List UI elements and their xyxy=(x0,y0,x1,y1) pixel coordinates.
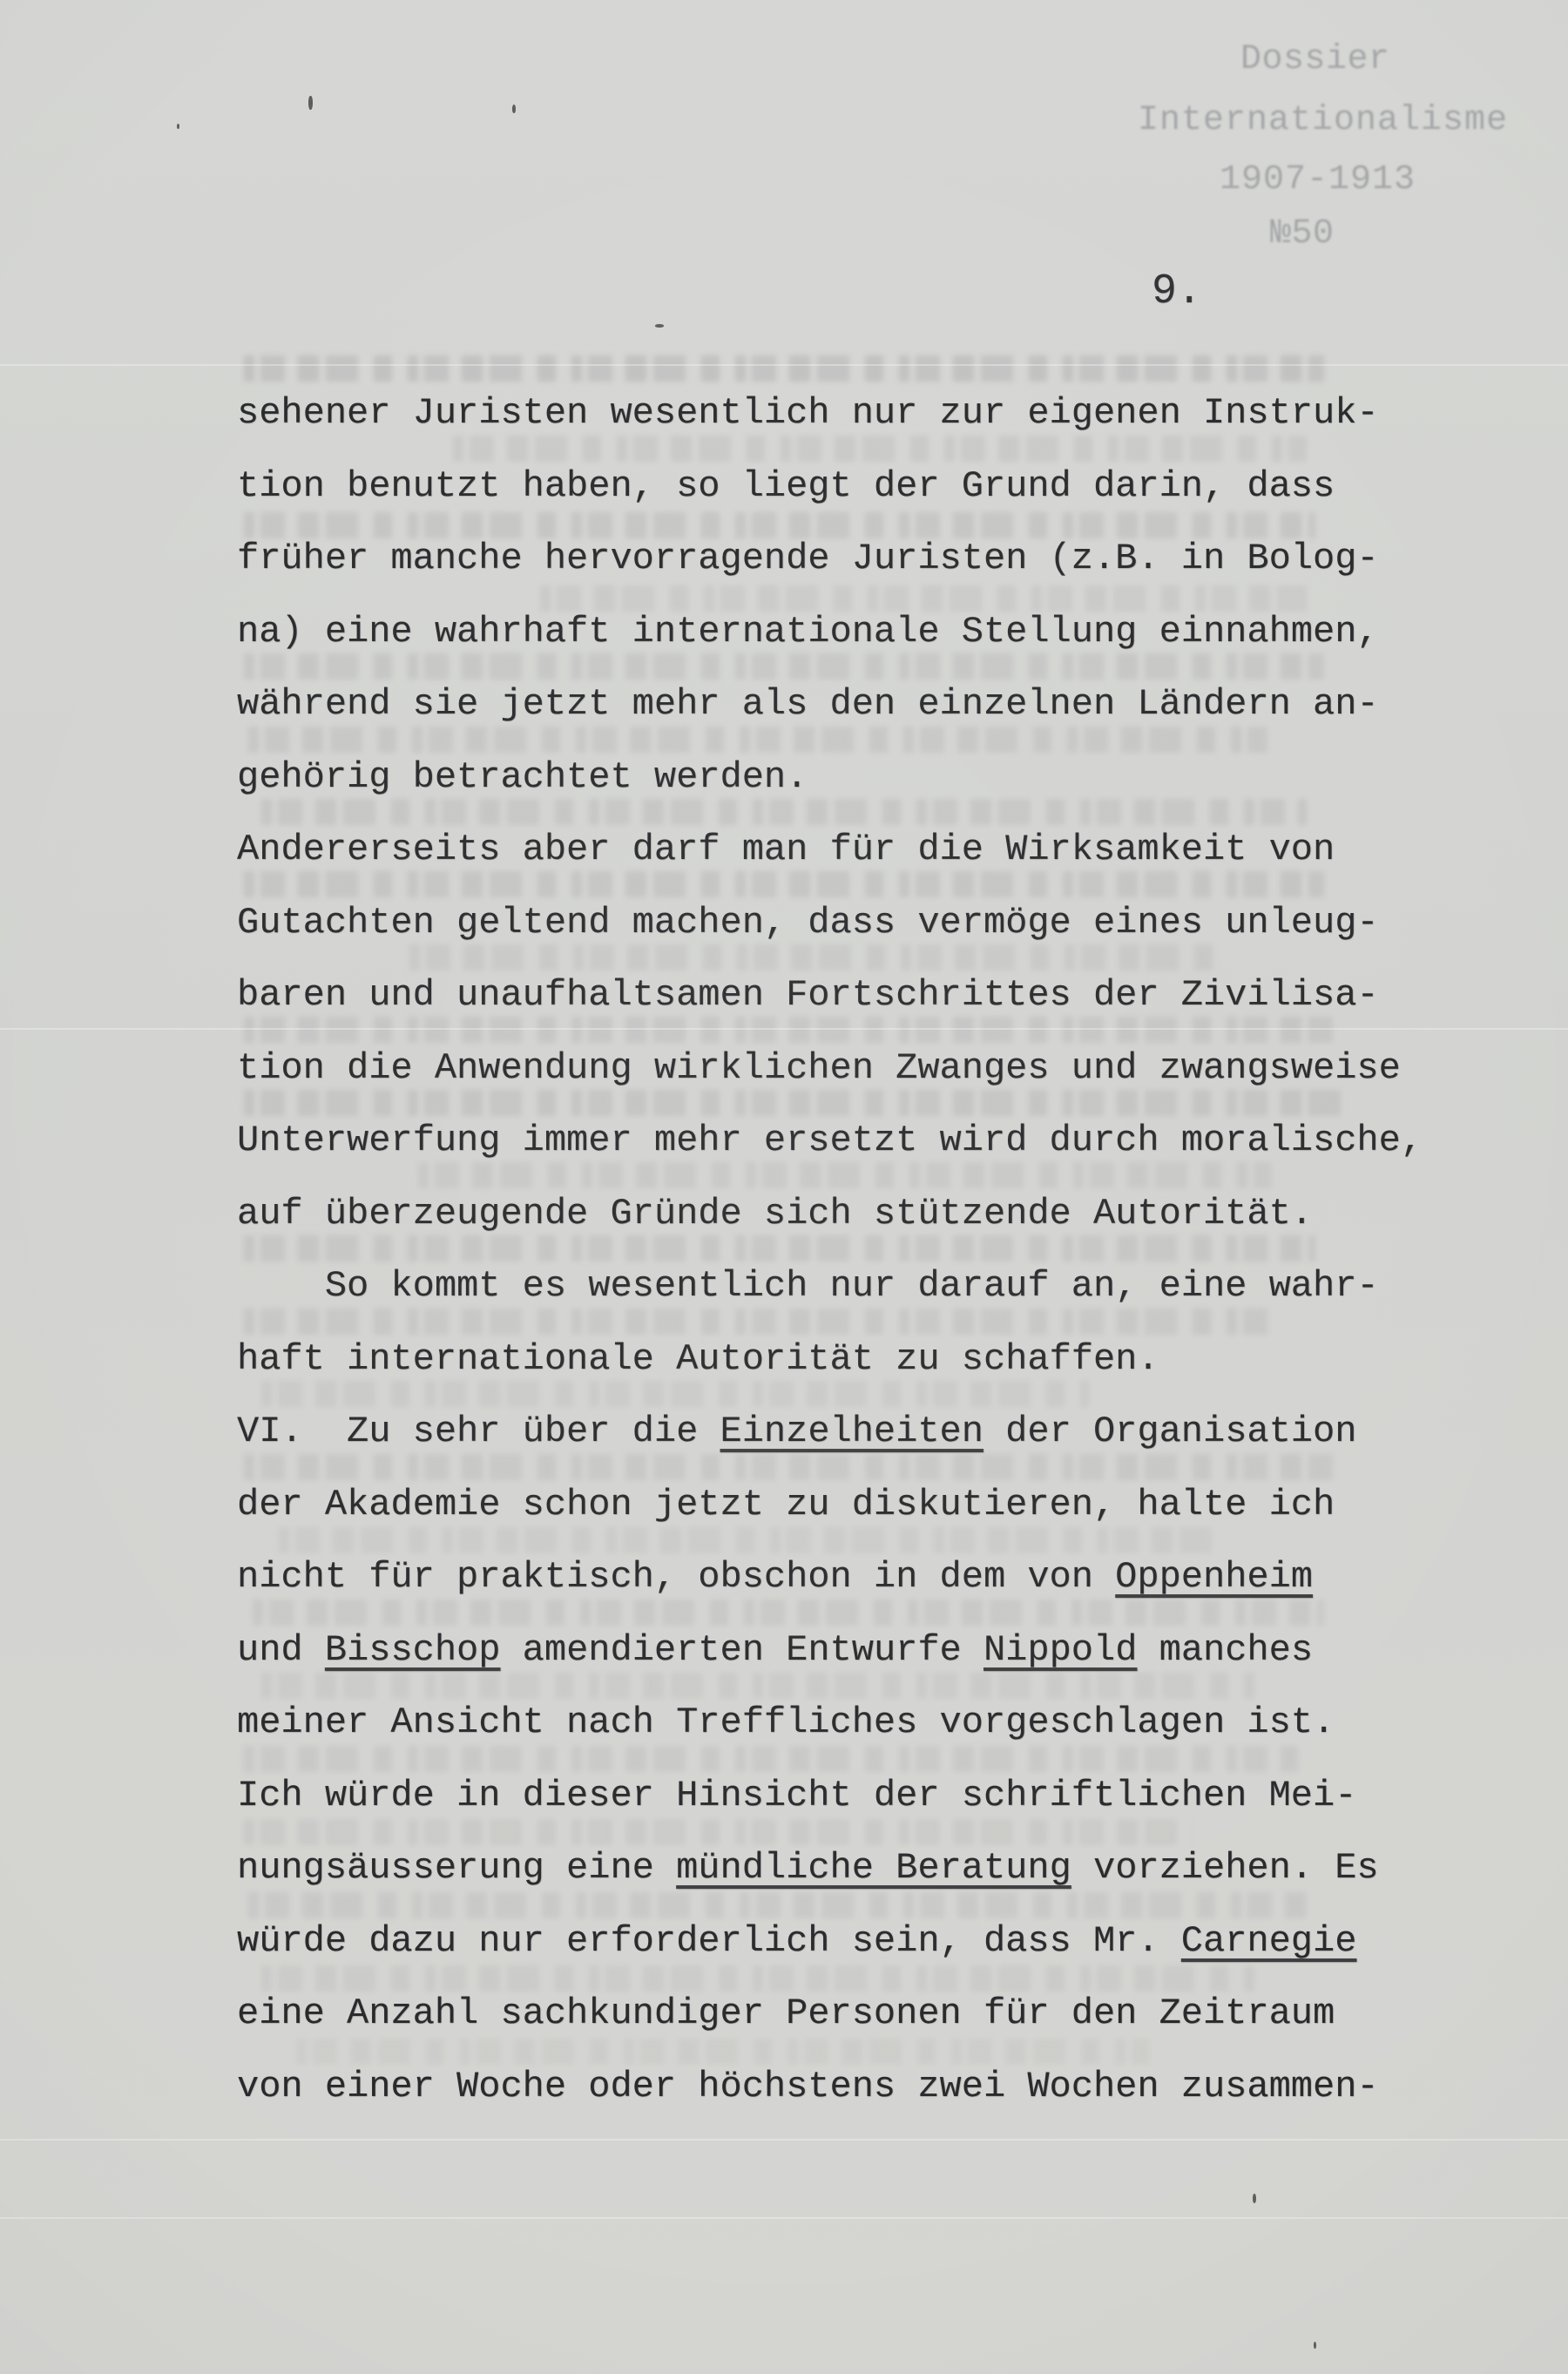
stamp-years-label: 1907-1913 xyxy=(1220,160,1416,200)
text-line: haft internationale Autorität zu schaffe… xyxy=(237,1323,1423,1397)
text-segment: Gutachten geltend machen, dass vermöge e… xyxy=(237,902,1379,944)
text-line: Ich würde in dieser Hinsicht der schrift… xyxy=(237,1760,1423,1833)
text-line: von einer Woche oder höchstens zwei Woch… xyxy=(237,2051,1423,2124)
text-segment: der Akademie schon jetzt zu diskutieren,… xyxy=(237,1484,1335,1525)
stamp-number-label: №50 xyxy=(1270,214,1335,254)
text-segment: von einer Woche oder höchstens zwei Woch… xyxy=(237,2066,1379,2107)
text-line: sehener Juristen wesentlich nur zur eige… xyxy=(237,377,1423,450)
text-segment: So kommt es wesentlich nur darauf an, ei… xyxy=(237,1265,1379,1307)
page-number: 9. xyxy=(1152,268,1202,315)
text-segment: auf überzeugende Gründe sich stützende A… xyxy=(237,1193,1313,1234)
text-line: Andererseits aber darf man für die Wirks… xyxy=(237,814,1423,887)
text-line: Unterwerfung immer mehr ersetzt wird dur… xyxy=(237,1105,1423,1178)
text-line: und Bisschop amendierten Entwurfe Nippol… xyxy=(237,1614,1423,1688)
text-segment: tion die Anwendung wirklichen Zwanges un… xyxy=(237,1047,1401,1089)
text-segment: der Organisation xyxy=(983,1410,1356,1452)
stamp-dossier-label: Dossier xyxy=(1240,40,1390,79)
text-segment: nicht für praktisch, obschon in dem von xyxy=(237,1556,1115,1598)
text-segment: Andererseits aber darf man für die Wirks… xyxy=(237,829,1335,870)
text-line: gehörig betrachtet werden. xyxy=(237,741,1423,815)
text-line: tion benutzt haben, so liegt der Grund d… xyxy=(237,450,1423,524)
text-segment: eine Anzahl sachkundiger Personen für de… xyxy=(237,1992,1335,2034)
text-segment: amendierten Entwurfe xyxy=(500,1629,983,1671)
ink-speck xyxy=(1314,2342,1316,2349)
text-segment: Unterwerfung immer mehr ersetzt wird dur… xyxy=(237,1119,1423,1161)
document-body: sehener Juristen wesentlich nur zur eige… xyxy=(237,377,1423,2123)
text-line: na) eine wahrhaft internationale Stellun… xyxy=(237,596,1423,669)
text-line: eine Anzahl sachkundiger Personen für de… xyxy=(237,1978,1423,2051)
text-segment: würde dazu nur erforderlich sein, dass M… xyxy=(237,1920,1181,1962)
ink-speck xyxy=(512,105,516,113)
document-page: Dossier Internationalisme 1907-1913 №50 … xyxy=(0,0,1568,2374)
text-line: So kommt es wesentlich nur darauf an, ei… xyxy=(237,1250,1423,1323)
text-segment: tion benutzt haben, so liegt der Grund d… xyxy=(237,465,1335,507)
text-line: früher manche hervorragende Juristen (z.… xyxy=(237,523,1423,596)
text-segment: haft internationale Autorität zu schaffe… xyxy=(237,1338,1159,1380)
text-segment: baren und unaufhaltsamen Fortschrittes d… xyxy=(237,974,1379,1016)
text-line: VI. Zu sehr über die Einzelheiten der Or… xyxy=(237,1396,1423,1469)
text-segment: Ich würde in dieser Hinsicht der schrift… xyxy=(237,1775,1356,1816)
scan-streak xyxy=(0,1028,1568,1030)
underlined-text: Einzelheiten xyxy=(720,1410,983,1452)
text-line: nicht für praktisch, obschon in dem von … xyxy=(237,1541,1423,1614)
ink-speck xyxy=(1253,2194,1256,2203)
underlined-text: Oppenheim xyxy=(1115,1556,1313,1598)
underlined-text: Nippold xyxy=(983,1629,1137,1671)
text-line: würde dazu nur erforderlich sein, dass M… xyxy=(237,1905,1423,1978)
scan-streak xyxy=(0,2139,1568,2141)
text-line: der Akademie schon jetzt zu diskutieren,… xyxy=(237,1469,1423,1542)
text-segment: meiner Ansicht nach Treffliches vorgesch… xyxy=(237,1701,1335,1743)
scan-streak xyxy=(0,364,1568,366)
text-segment: nungsäusserung eine xyxy=(237,1847,676,1889)
ink-speck xyxy=(177,124,179,129)
text-line: meiner Ansicht nach Treffliches vorgesch… xyxy=(237,1687,1423,1760)
text-line: baren und unaufhaltsamen Fortschrittes d… xyxy=(237,959,1423,1032)
text-line: tion die Anwendung wirklichen Zwanges un… xyxy=(237,1032,1423,1106)
text-segment: sehener Juristen wesentlich nur zur eige… xyxy=(237,392,1379,434)
text-line: Gutachten geltend machen, dass vermöge e… xyxy=(237,887,1423,960)
scan-streak xyxy=(0,2217,1568,2219)
underlined-text: Bisschop xyxy=(325,1629,501,1671)
text-segment: und xyxy=(237,1629,325,1671)
text-segment: gehörig betrachtet werden. xyxy=(237,756,808,798)
ink-speck xyxy=(655,324,664,328)
text-line: während sie jetzt mehr als den einzelnen… xyxy=(237,668,1423,741)
text-segment: VI. Zu sehr über die xyxy=(237,1410,720,1452)
underlined-text: mündliche Beratung xyxy=(676,1847,1071,1889)
text-line: auf überzeugende Gründe sich stützende A… xyxy=(237,1178,1423,1251)
text-segment: früher manche hervorragende Juristen (z.… xyxy=(237,538,1379,579)
text-segment: vorziehen. Es xyxy=(1071,1847,1379,1889)
underlined-text: Carnegie xyxy=(1181,1920,1357,1962)
text-line: nungsäusserung eine mündliche Beratung v… xyxy=(237,1832,1423,1905)
text-segment: na) eine wahrhaft internationale Stellun… xyxy=(237,611,1379,653)
stamp-internationalisme-label: Internationalisme xyxy=(1138,101,1508,140)
text-segment: während sie jetzt mehr als den einzelnen… xyxy=(237,683,1379,725)
text-segment: manches xyxy=(1137,1629,1313,1671)
ink-speck xyxy=(308,96,313,110)
